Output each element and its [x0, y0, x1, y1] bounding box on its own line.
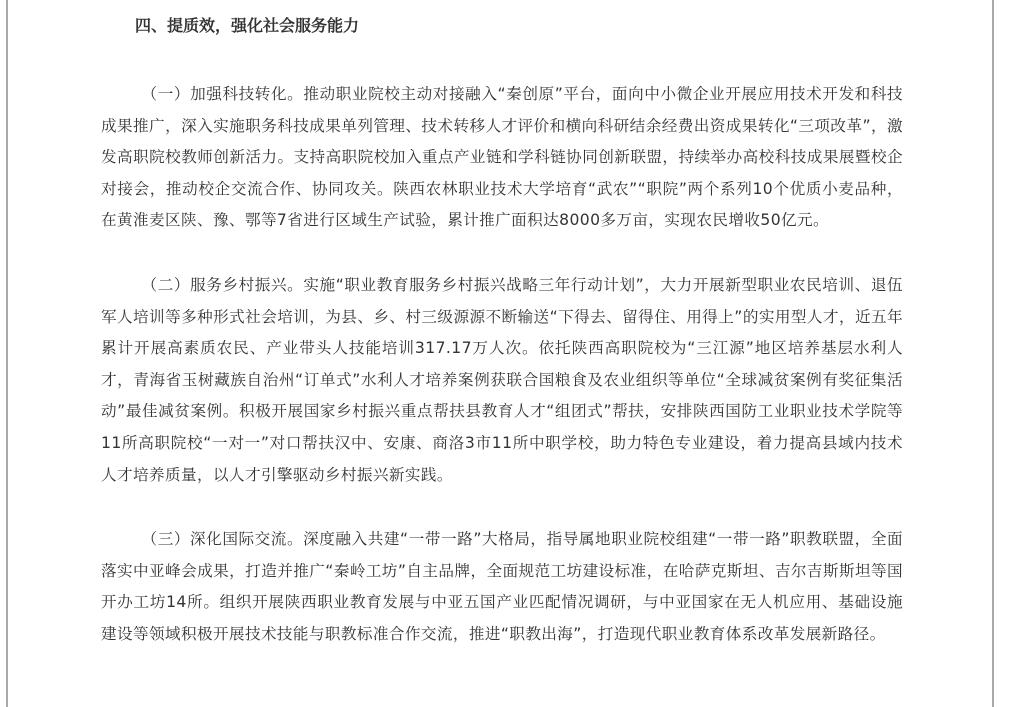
- paragraph-rural-revitalization: （二）服务乡村振兴。实施“职业教育服务乡村振兴战略三年行动计划”，大力开展新型职…: [101, 270, 903, 491]
- article-body: 四、提质效，强化社会服务能力 （一）加强科技转化。推动职业院校主动对接融入“秦创…: [101, 0, 903, 651]
- paragraph-tech-transfer: （一）加强科技转化。推动职业院校主动对接融入“秦创原”平台，面向中小微企业开展应…: [101, 79, 903, 237]
- document-page: 四、提质效，强化社会服务能力 （一）加强科技转化。推动职业院校主动对接融入“秦创…: [6, 0, 994, 707]
- section-heading: 四、提质效，强化社会服务能力: [101, 14, 903, 38]
- paragraph-international-exchange: （三）深化国际交流。深度融入共建“一带一路”大格局，指导属地职业院校组建“一带一…: [101, 524, 903, 650]
